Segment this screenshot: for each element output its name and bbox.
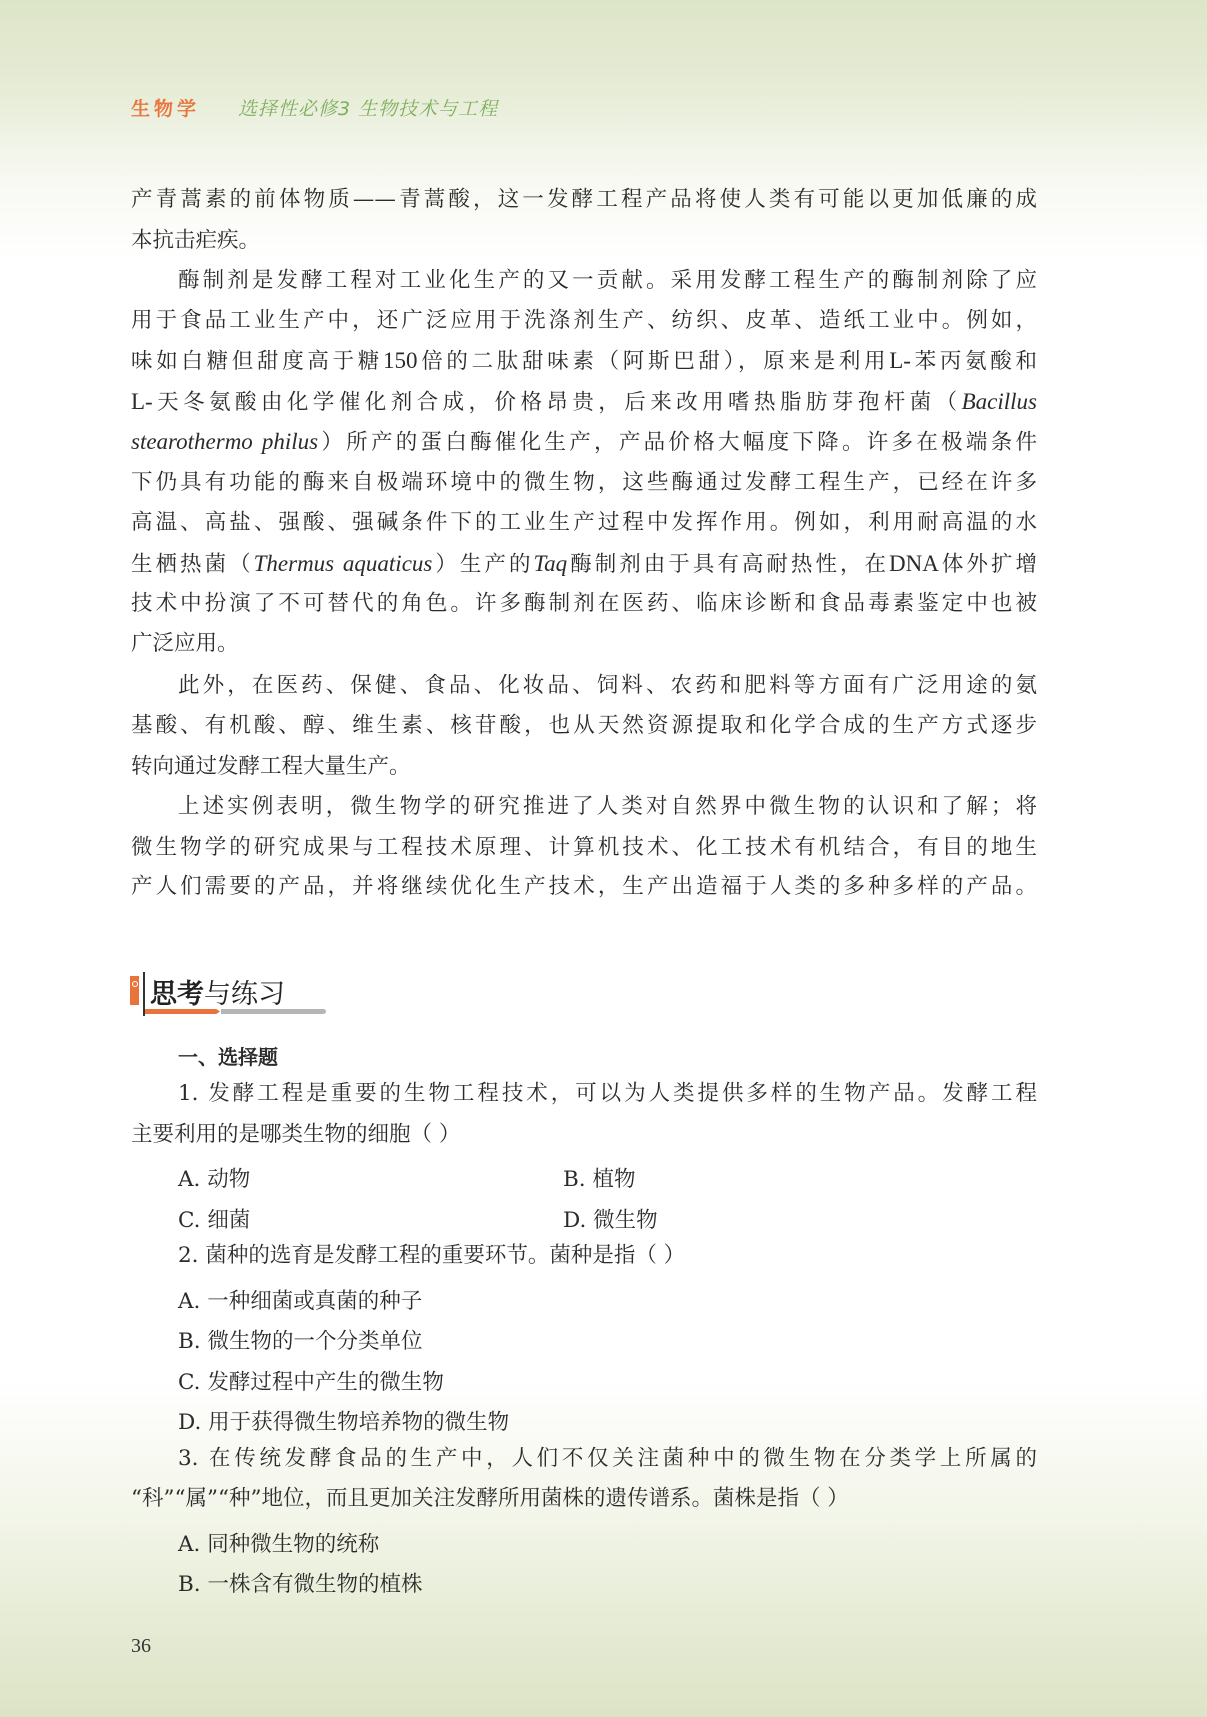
heading-divider: [143, 972, 145, 1016]
question-text: 1. 发酵工程是重要的生物工程技术，可以为人类提供多样的生物产品。发酵工程: [178, 1081, 1037, 1107]
body-line: 用于食品工业生产中，还广泛应用于洗涤剂生产、纺织、皮革、造纸工业中。例如，: [131, 308, 1037, 334]
option-a[interactable]: A. 同种微生物的统称: [178, 1527, 379, 1558]
option-b[interactable]: B. 植物: [563, 1162, 635, 1193]
question-text: 主要利用的是哪类生物的细胞（ ）: [131, 1122, 1037, 1148]
body-line: 酶制剂是发酵工程对工业化生产的又一贡献。采用发酵工程生产的酶制剂除了应: [178, 268, 1037, 294]
header-book-title: 选择性必修3 生物技术与工程: [238, 94, 498, 121]
section-heading-exercises: 思考与练习: [128, 972, 348, 1018]
heading-underline: [221, 1009, 326, 1014]
heading-underline-accent: [145, 1009, 220, 1014]
body-line: 上述实例表明，微生物学的研究推进了人类对自然界中微生物的认识和了解；将: [178, 794, 1037, 820]
body-line: 下仍具有功能的酶来自极端环境中的微生物，这些酶通过发酵工程生产，已经在许多: [131, 470, 1037, 496]
species-name: stearothermo philus: [131, 429, 318, 454]
section-subheading: 一、选择题: [178, 1041, 278, 1070]
option-d[interactable]: D. 用于获得微生物培养物的微生物: [178, 1405, 509, 1436]
species-name: Bacillus: [962, 389, 1037, 414]
question-text: “科”“属”“种”地位，而且更加关注发酵所用菌株的遗传谱系。菌株是指（ ）: [131, 1486, 1037, 1512]
option-a[interactable]: A. 一种细菌或真菌的种子: [178, 1284, 422, 1315]
option-b[interactable]: B. 一株含有微生物的植株: [178, 1567, 422, 1598]
body-line: 产青蒿素的前体物质——青蒿酸，这一发酵工程产品将使人类有可能以更加低廉的成: [131, 187, 1037, 213]
body-line: 本抗击疟疾。: [131, 228, 1037, 254]
body-line: 转向通过发酵工程大量生产。: [131, 754, 1037, 780]
page-number: 36: [131, 1635, 151, 1658]
option-c[interactable]: C. 细菌: [178, 1203, 250, 1234]
heading-title: 思考与练习: [150, 972, 285, 1011]
species-name: Thermus aquaticus: [254, 551, 433, 576]
key-icon: [130, 976, 139, 1005]
option-a[interactable]: A. 动物: [178, 1162, 250, 1193]
body-line: 此外，在医药、保健、食品、化妆品、饲料、农药和肥料等方面有广泛用途的氨: [178, 673, 1037, 699]
option-d[interactable]: D. 微生物: [563, 1203, 658, 1234]
question-text: 2. 菌种的选育是发酵工程的重要环节。菌种是指（ ）: [178, 1243, 1037, 1269]
option-b[interactable]: B. 微生物的一个分类单位: [178, 1324, 422, 1355]
body-line: 生栖热菌（Thermus aquaticus）生产的Taq酶制剂由于具有高耐热性…: [131, 551, 1037, 578]
option-c[interactable]: C. 发酵过程中产生的微生物: [178, 1365, 444, 1396]
body-line: stearothermo philus）所产的蛋白酶催化生产，产品价格大幅度下降…: [131, 429, 1037, 456]
body-line: 广泛应用。: [131, 631, 1037, 657]
body-line: 基酸、有机酸、醇、维生素、核苷酸，也从天然资源提取和化学合成的生产方式逐步: [131, 713, 1037, 739]
body-line: 微生物学的研究成果与工程技术原理、计算机技术、化工技术有机结合，有目的地生: [131, 835, 1037, 861]
body-line: 味如白糖但甜度高于糖150倍的二肽甜味素（阿斯巴甜），原来是利用L-苯丙氨酸和: [131, 348, 1037, 375]
body-line: L-天冬氨酸由化学催化剂合成，价格昂贵，后来改用嗜热脂肪芽孢杆菌（Bacillu…: [131, 389, 1037, 416]
body-line: 产人们需要的产品，并将继续优化生产技术，生产出造福于人类的多种多样的产品。: [131, 874, 1037, 900]
header-subject: 生物学: [131, 94, 200, 121]
body-line: 技术中扮演了不可替代的角色。许多酶制剂在医药、临床诊断和食品毒素鉴定中也被: [131, 591, 1037, 617]
body-line: 高温、高盐、强酸、强碱条件下的工业生产过程中发挥作用。例如，利用耐高温的水: [131, 510, 1037, 536]
question-text: 3. 在传统发酵食品的生产中，人们不仅关注菌种中的微生物在分类学上所属的: [178, 1446, 1037, 1472]
